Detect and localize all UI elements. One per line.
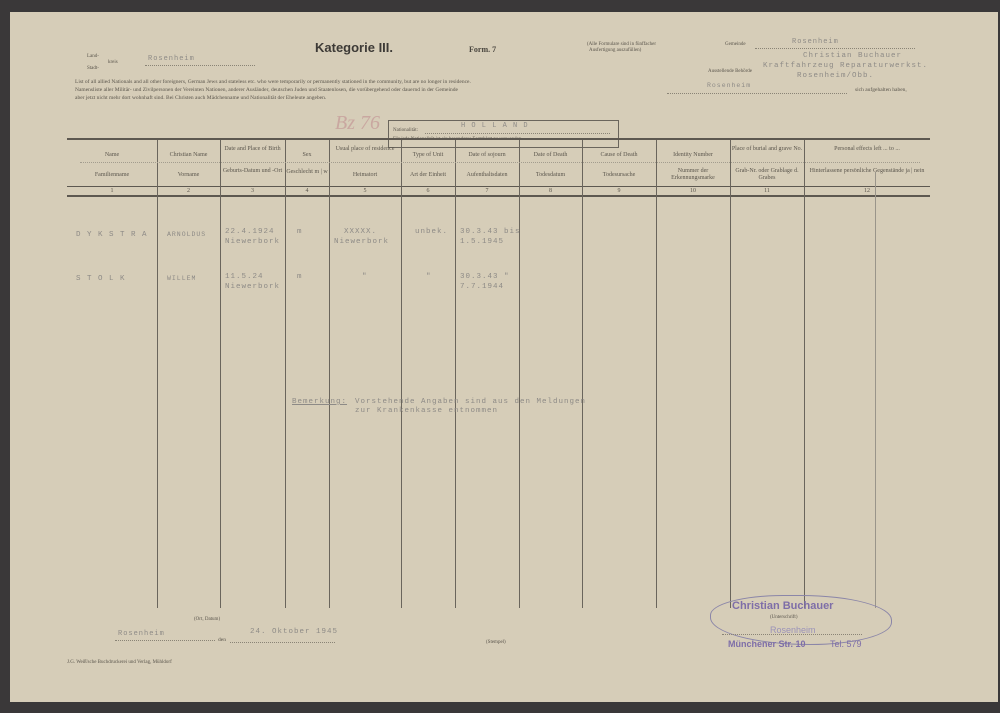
col-header-de: Geschlecht m | w [285,169,329,176]
cell-residence-line1: " [362,272,368,282]
gemeinde-value: Rosenheim [792,38,839,46]
cell-birth-place: Niewerbork [225,237,280,247]
place-date-label: (Ort, Datum) [194,617,220,623]
date-dotline [230,642,335,643]
form-number: Form. 7 [469,45,496,54]
nationality-box: Nationalität: H O L L A N D Für jede Nat… [388,120,619,148]
cell-birth-date: 11.5.24 [225,272,264,282]
signature-dotline [722,634,862,635]
col-divider [730,140,731,608]
form-note-line2: Ausfertigung auszufüllen) [589,48,641,54]
cell-sex: m [297,227,303,237]
col-number: 1 [67,188,157,194]
table-header-bottom [67,195,930,197]
col-number: 4 [285,188,329,194]
stamp-company-name: Christian Buchauer [732,600,833,612]
cell-birth-place: Niewerbork [225,282,280,292]
remark-label: Bemerkung: [292,397,347,407]
col-header-en: Date and Place of Birth [220,146,285,153]
cell-name: S T O L K [76,274,126,284]
authority-line3: Rosenheim/Obb. [797,72,874,80]
col-divider [329,140,330,608]
intro-line-end: sich aufgehalten haben, [855,87,907,94]
col-divider [804,140,805,608]
cell-sojourn-line2: 1.5.1945 [460,237,504,247]
col-header-en: Identity Number [656,152,730,159]
authority-label: Ausstellende Behörde [708,69,752,75]
table-number-row-top [67,186,930,187]
stamp-street: Münchener Str. 10 [728,639,806,649]
cell-birth-date: 22.4.1924 [225,227,275,237]
col-header-en: Usual place of residence [329,146,401,153]
cell-sex: m [297,272,303,282]
den-label: den [218,637,226,644]
table-top-border [67,138,930,140]
col-divider [582,140,583,608]
cell-unit: unbek. [415,227,448,237]
cell-sojourn-line1: 30.3.43 " [460,272,510,282]
stamp-label: (Stempel) [486,640,506,646]
col-header-en: Type of Unit [401,152,455,159]
col-header-de: Art der Einheit [401,172,455,179]
cell-residence-line2: Niewerbork [334,237,389,247]
col-divider [157,140,158,608]
printer-note: J.G. Weiß'sche Buchdruckerei und Verlag,… [67,660,172,666]
district-label-mid: kreis [108,60,118,66]
col-header-en: Christian Name [157,152,220,159]
authority-line1: Christian Buchauer [803,52,902,60]
place-dotline [115,640,215,641]
cell-christian-name: ARNOLDUS [167,230,206,240]
district-label-bottom: Stadt- [87,66,99,72]
col-header-de: Geburts-Datum und -Ort [220,168,285,175]
cell-christian-name: WILLEM [167,274,196,284]
col-header-de: Todesursache [582,172,656,179]
cell-sojourn-line2: 7.7.1944 [460,282,504,292]
col-header-en: Personal effects left ... to ... [804,146,930,153]
gemeinde-label: Gemeinde [725,42,746,48]
col-number: 10 [656,188,730,194]
district-label-top: Land- [87,54,99,60]
document-page: Land- kreis Stadt- Rosenheim Kategorie I… [10,12,998,702]
district-dotline [145,65,255,66]
intro-line-three: aber jetzt nicht mehr dort wohnhaft sind… [75,95,635,102]
col-header-de: Familienname [67,172,157,179]
col-header-de: Nummer der Erkennungsmarke [656,168,730,182]
district-value: Rosenheim [148,55,195,63]
cell-sojourn-line1: 30.3.43 bis [460,227,521,237]
place-value: Rosenheim [118,630,165,638]
gemeinde-dotline [755,48,915,49]
col-divider [519,140,520,608]
col-number: 8 [519,188,582,194]
col-number: 12 [804,188,930,194]
col-header-en: Sex [285,152,329,159]
col-header-de: Vorname [157,172,220,179]
col-number: 9 [582,188,656,194]
col-header-en: Date of Death [519,152,582,159]
col-number: 5 [329,188,401,194]
cell-name: D Y K S T R A [76,230,148,240]
intro-line-english: List of all allied Nationals and all oth… [75,79,775,86]
col-divider [401,140,402,608]
col-number: 7 [455,188,519,194]
col-number: 6 [401,188,455,194]
remark-line2: zur Krankenkasse entnommen [355,406,498,416]
col-divider [656,140,657,608]
col-number: 2 [157,188,220,194]
intro-community-value: Rosenheim [707,82,751,89]
nationality-label: Nationalität: [393,128,418,134]
intro-community-dotline [667,93,847,94]
nationality-dotline [425,133,610,134]
stamp-telephone: Tel. 579 [830,639,862,649]
col-divider [455,140,456,608]
col-header-en: Name [67,152,157,159]
col-header-de: Todesdatum [519,172,582,179]
cell-unit: " [426,272,432,282]
col-divider [220,140,221,608]
pencil-annotation: Bz 76 [335,112,380,135]
col-header-en: Date of sojourn [455,152,519,159]
intro-line-german: Namensliste aller Militär- und Zivilpers… [75,87,665,94]
col-header-de: Heimatort [329,172,401,179]
nationality-value: H O L L A N D [461,122,529,130]
form-title: Kategorie III. [315,40,393,55]
col-number: 11 [730,188,804,194]
col-number: 3 [220,188,285,194]
col-header-de: Aufenthaltsdaten [455,172,519,179]
col-divider-sub [875,172,876,608]
col-header-en: Cause of Death [582,152,656,159]
col-divider [285,140,286,608]
col-header-en: Place of burial and grave No. [730,146,804,153]
col-header-de: Hinterlassene persönliche Gegenstände ja… [804,168,930,175]
col-header-de: Grab-Nr. oder Grablage d. Grabes [730,168,804,182]
authority-line2: Kraftfahrzeug Reparaturwerkst. [763,62,928,70]
signature-label: (Unterschrift) [770,615,798,621]
header-mid-dotline [80,162,920,163]
cell-residence-line1: XXXXX. [344,227,377,237]
date-value: 24. Oktober 1945 [250,628,338,636]
